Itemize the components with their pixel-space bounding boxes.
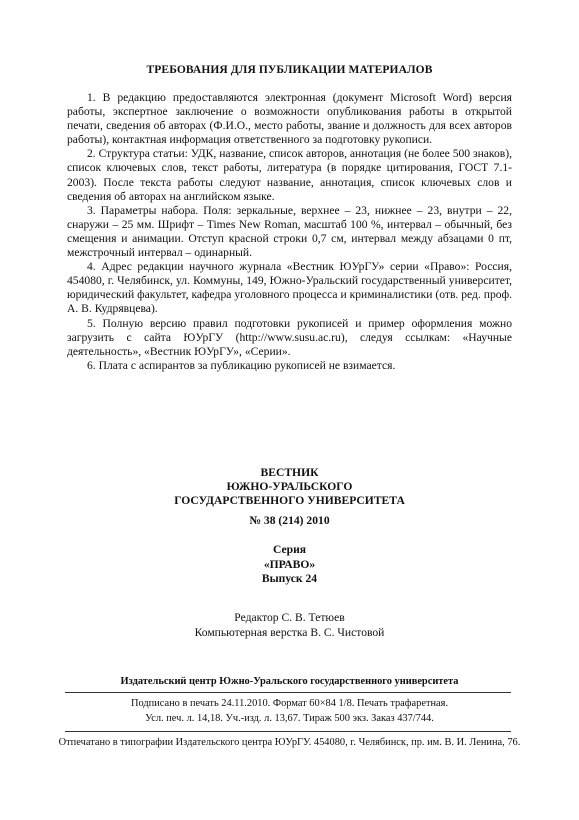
journal-title-line: ГОСУДАРСТВЕННОГО УНИВЕРСИТЕТА — [0, 494, 579, 508]
requirement-item: 5. Полную версию правил подготовки рукоп… — [67, 317, 512, 359]
journal-title-line: ВЕСТНИК — [0, 466, 579, 480]
imprint-line: Подписано в печать 24.11.2010. Формат 60… — [0, 697, 579, 712]
journal-title-block: ВЕСТНИК ЮЖНО-УРАЛЬСКОГО ГОСУДАРСТВЕННОГО… — [0, 466, 579, 528]
requirement-item: 4. Адрес редакции научного журнала «Вест… — [67, 260, 512, 316]
requirement-item: 6. Плата с аспирантов за публикацию руко… — [67, 359, 512, 373]
imprint-line: Усл. печ. л. 14,18. Уч.-изд. л. 13,67. Т… — [0, 712, 579, 727]
issue-number: № 38 (214) 2010 — [0, 514, 579, 528]
series-block: Серия «ПРАВО» Выпуск 24 — [0, 543, 579, 587]
requirement-item: 3. Параметры набора. Поля: зеркальные, в… — [67, 204, 512, 260]
journal-title-line: ЮЖНО-УРАЛЬСКОГО — [0, 480, 579, 494]
divider-line — [65, 731, 511, 732]
layout-credit: Компьютерная верстка В. С. Чистовой — [0, 626, 579, 641]
divider-line — [65, 692, 511, 693]
series-label: Серия — [0, 543, 579, 558]
requirement-item: 2. Структура статьи: УДК, название, спис… — [67, 147, 512, 203]
credits-block: Редактор С. В. Тетюев Компьютерная верст… — [0, 611, 579, 640]
requirement-item: 1. В редакцию предоставляются электронна… — [67, 91, 512, 147]
publisher-name: Издательский центр Южно-Уральского госуд… — [0, 676, 579, 687]
imprint-block: Подписано в печать 24.11.2010. Формат 60… — [0, 697, 579, 726]
series-volume: Выпуск 24 — [0, 572, 579, 587]
requirements-list: 1. В редакцию предоставляются электронна… — [67, 91, 512, 373]
printer-info: Отпечатано в типографии Издательского це… — [0, 737, 579, 748]
editor-credit: Редактор С. В. Тетюев — [0, 611, 579, 626]
series-name: «ПРАВО» — [0, 558, 579, 573]
requirements-title: ТРЕБОВАНИЯ ДЛЯ ПУБЛИКАЦИИ МАТЕРИАЛОВ — [0, 64, 579, 76]
